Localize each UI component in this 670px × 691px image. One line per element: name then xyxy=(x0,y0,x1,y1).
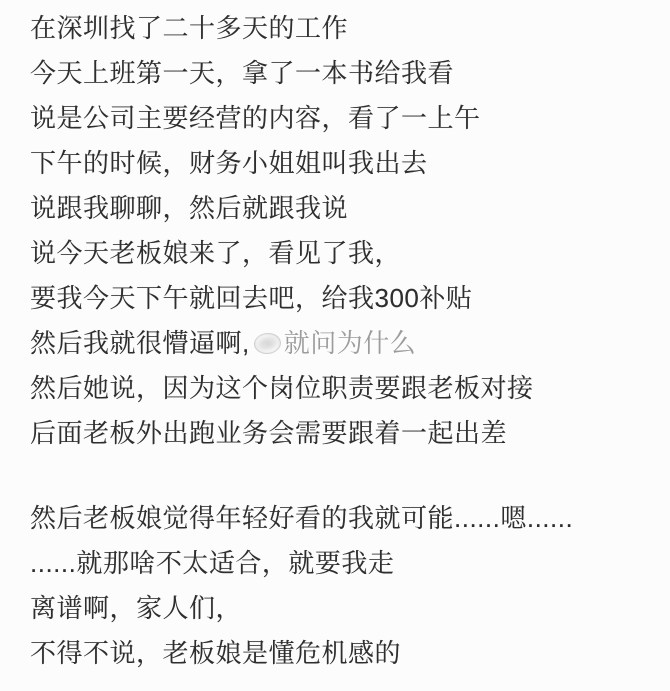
text-line: 下午的时候，财务小姐姐叫我出去 xyxy=(30,141,660,186)
text-line: 离谱啊，家人们， xyxy=(30,586,660,631)
paragraph-two: 然后老板娘觉得年轻好看的我就可能......嗯...... ......就那啥不… xyxy=(30,496,660,676)
text-line: 今天上班第一天，拿了一本书给我看 xyxy=(30,51,660,96)
text-line: 不得不说，老板娘是懂危机感的 xyxy=(30,631,660,676)
paragraph-spacer xyxy=(30,456,660,496)
text-line: 说今天老板娘来了，看见了我， xyxy=(30,231,660,276)
text-segment: 然后我就很懵逼啊, xyxy=(30,328,250,358)
text-post-screenshot: 在深圳找了二十多天的工作 今天上班第一天，拿了一本书给我看 说是公司主要经营的内… xyxy=(0,0,670,691)
text-line: 说是公司主要经营的内容，看了一上午 xyxy=(30,96,660,141)
text-line: 说跟我聊聊，然后就跟我说 xyxy=(30,186,660,231)
oval-stamp-watermark-icon xyxy=(253,332,282,356)
text-line: 在深圳找了二十多天的工作 xyxy=(30,6,660,51)
watermark-faded-text-segment: 就问为什么 xyxy=(284,328,417,358)
paragraph-one: 在深圳找了二十多天的工作 今天上班第一天，拿了一本书给我看 说是公司主要经营的内… xyxy=(30,6,660,456)
text-line-with-watermark: 然后我就很懵逼啊,就问为什么 xyxy=(30,321,660,366)
text-line: 然后老板娘觉得年轻好看的我就可能......嗯...... xyxy=(30,496,660,541)
post-text: 在深圳找了二十多天的工作 今天上班第一天，拿了一本书给我看 说是公司主要经营的内… xyxy=(30,6,660,676)
text-line: 后面老板外出跑业务会需要跟着一起出差 xyxy=(30,411,660,456)
text-line: 要我今天下午就回去吧，给我300补贴 xyxy=(30,276,660,321)
text-line: 然后她说，因为这个岗位职责要跟老板对接 xyxy=(30,366,660,411)
text-line: ......就那啥不太适合，就要我走 xyxy=(30,541,660,586)
